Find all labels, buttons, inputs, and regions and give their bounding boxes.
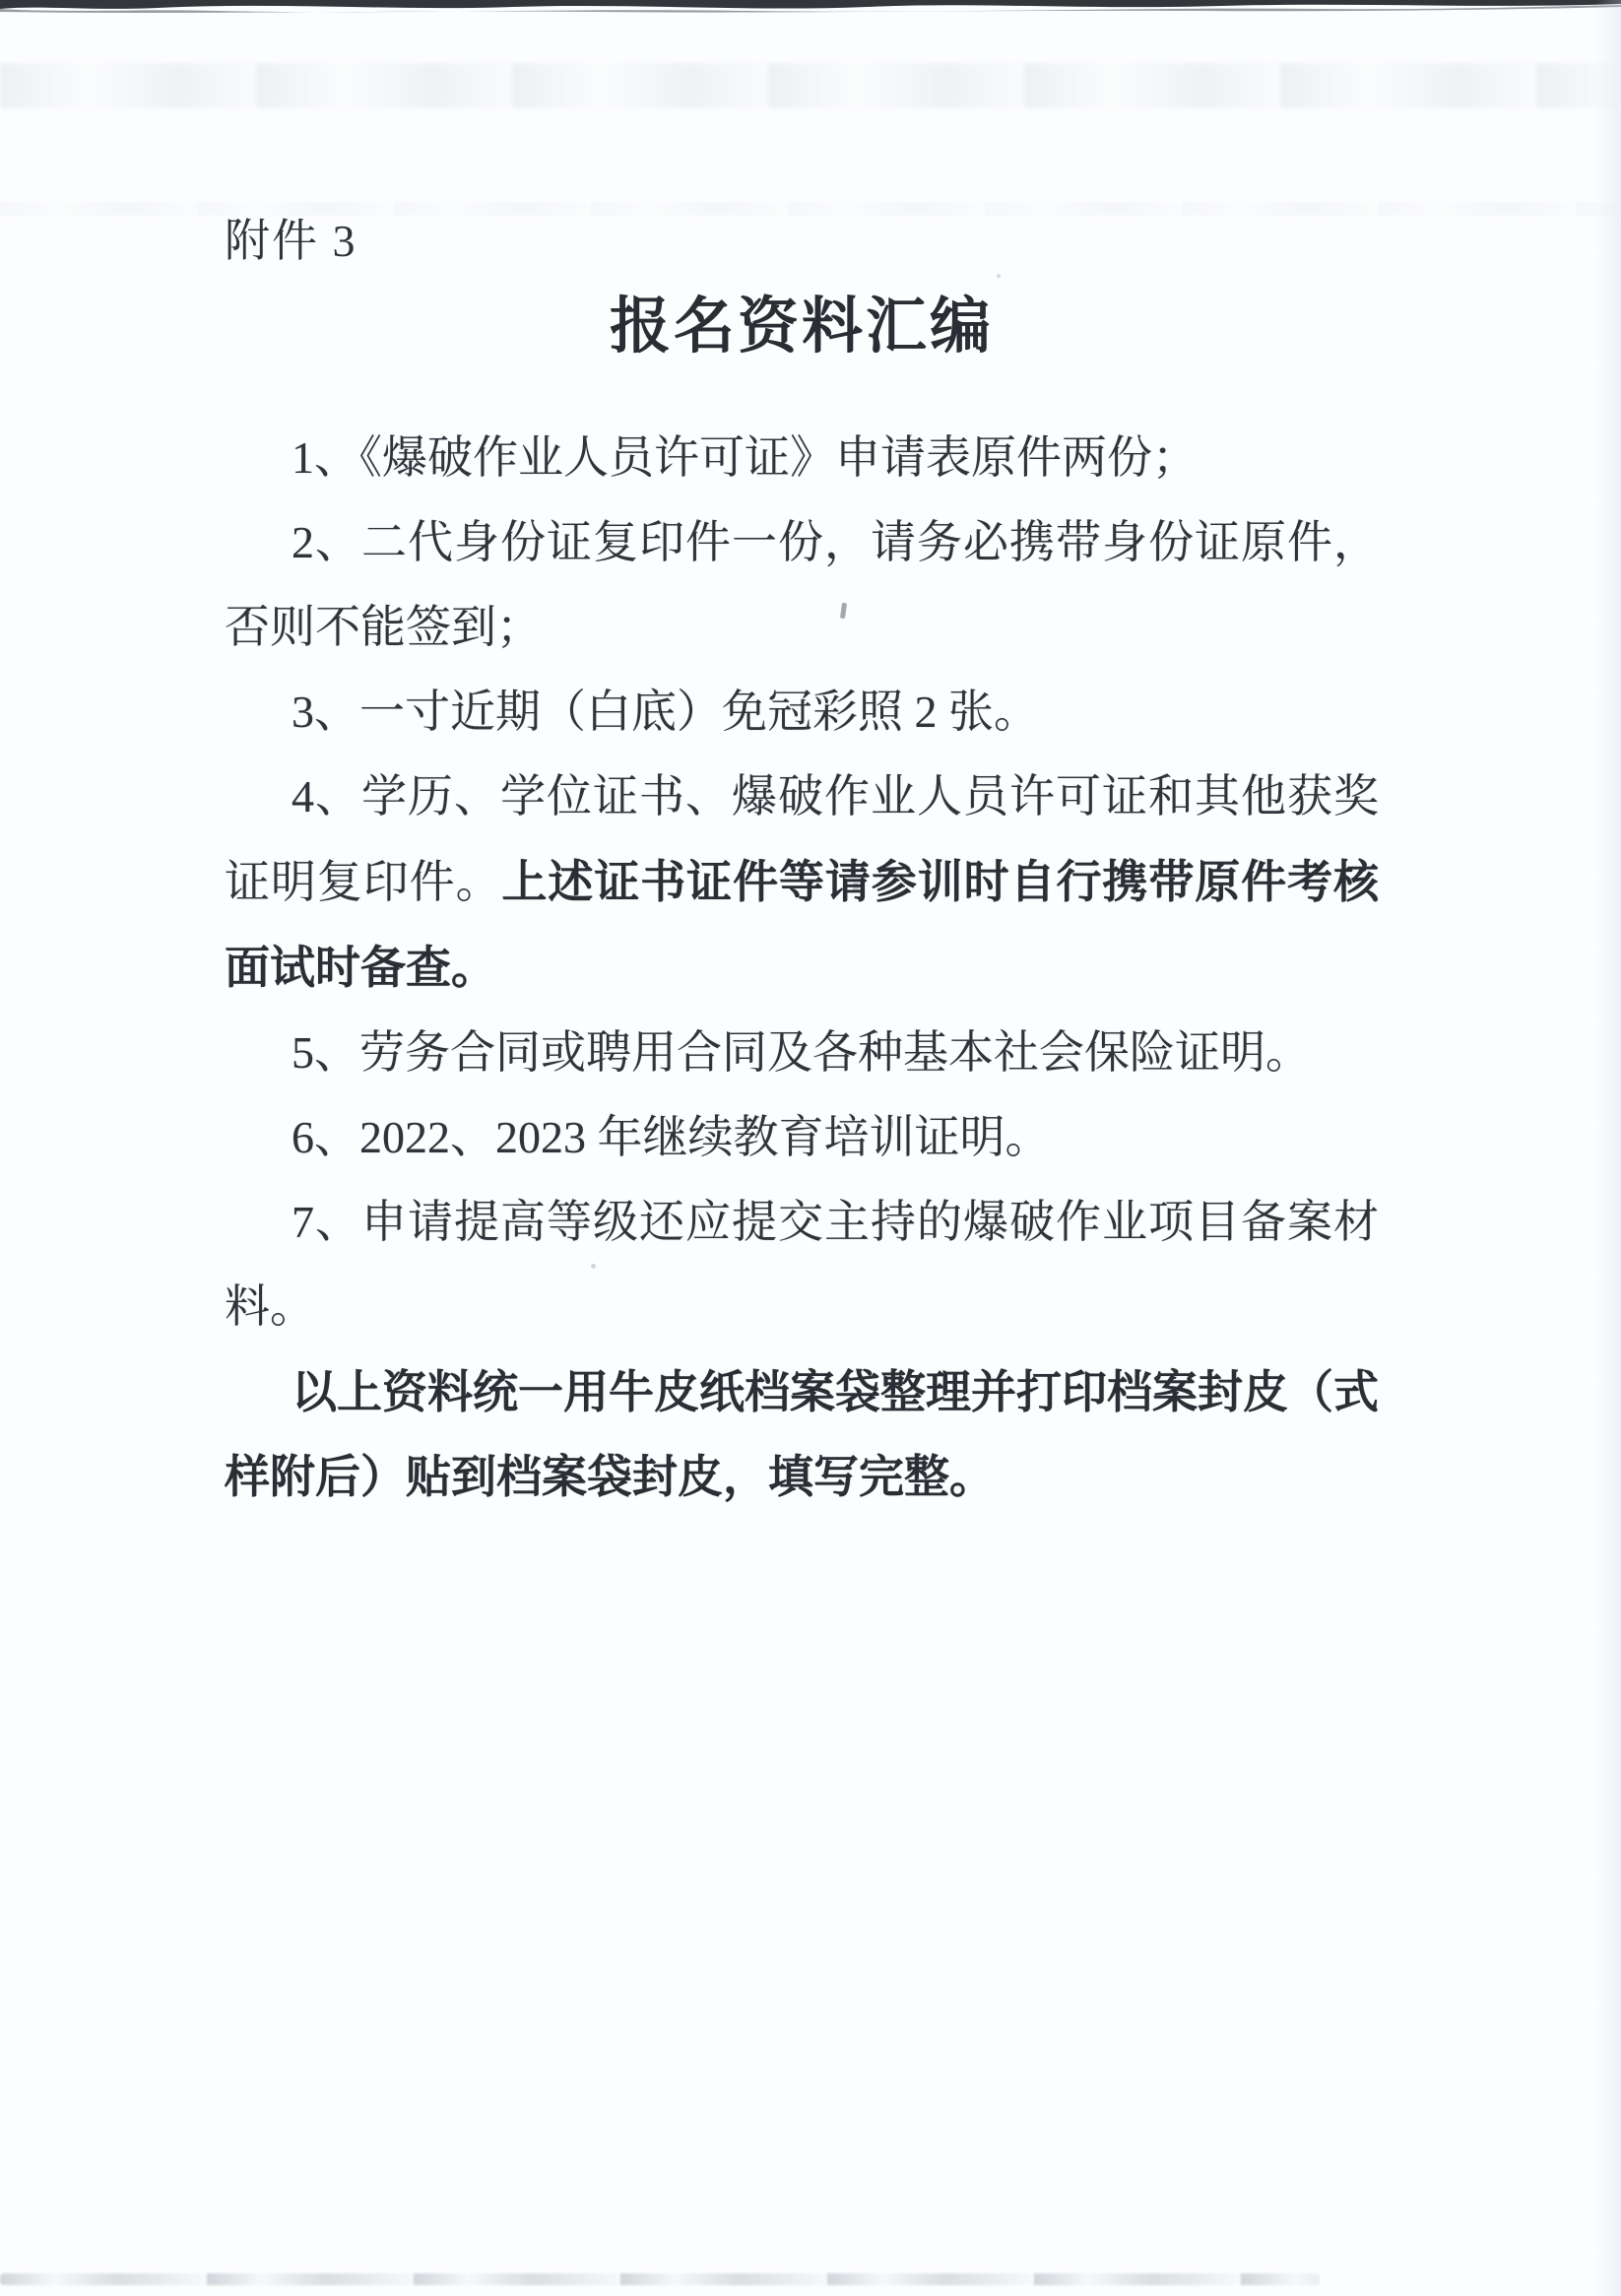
document-content: 附件 3 报名资料汇编 1、《爆破作业人员许可证》申请表原件两份； 2、二代身份… [0,0,1621,1519]
list-item-4: 4、学历、学位证书、爆破作业人员许可证和其他获奖证明复印件。上述证书证件等请参训… [225,754,1379,1011]
list-item-1: 1、《爆破作业人员许可证》申请表原件两份； [225,416,1379,500]
list-item-7: 7、申请提高等级还应提交主持的爆破作业项目备案材料。 [225,1180,1379,1349]
page-title: 报名资料汇编 [225,293,1379,361]
list-item-6: 6、2022、2023 年继续教育培训证明。 [225,1095,1379,1180]
list-item-1-text: 1、《爆破作业人员许可证》申请表原件两份； [292,432,1198,483]
closing-note: 以上资料统一用牛皮纸档案袋整理并打印档案封皮（式样附后）贴到档案袋封皮，填写完整… [225,1349,1379,1519]
list-item-6-text: 6、2022、2023 年继续教育培训证明。 [292,1112,1051,1162]
attachment-label-text: 附件 3 [225,216,357,266]
list-item-5-text: 5、劳务合同或聘用合同及各种基本社会保险证明。 [292,1027,1311,1078]
list-item-2-text: 2、二代身份证复印件一份，请务必携带身份证原件，否则不能签到； [225,517,1379,652]
list-item-7-text: 7、申请提高等级还应提交主持的爆破作业项目备案材料。 [225,1197,1379,1332]
closing-note-text: 以上资料统一用牛皮纸档案袋整理并打印档案封皮（式样附后）贴到档案袋封皮，填写完整… [225,1366,1379,1502]
scanned-document-page: 附件 3 报名资料汇编 1、《爆破作业人员许可证》申请表原件两份； 2、二代身份… [0,0,1621,2296]
document-body: 1、《爆破作业人员许可证》申请表原件两份； 2、二代身份证复印件一份，请务必携带… [225,416,1379,1519]
list-item-3-text: 3、一寸近期（白底）免冠彩照 2 张。 [292,687,1039,737]
page-title-text: 报名资料汇编 [610,294,994,361]
list-item-5: 5、劳务合同或聘用合同及各种基本社会保险证明。 [225,1011,1379,1095]
list-item-3: 3、一寸近期（白底）免冠彩照 2 张。 [225,670,1379,754]
attachment-label: 附件 3 [225,216,1379,267]
list-item-2: 2、二代身份证复印件一份，请务必携带身份证原件，否则不能签到； [225,500,1379,670]
smudge-band-bottom [0,2273,1320,2285]
